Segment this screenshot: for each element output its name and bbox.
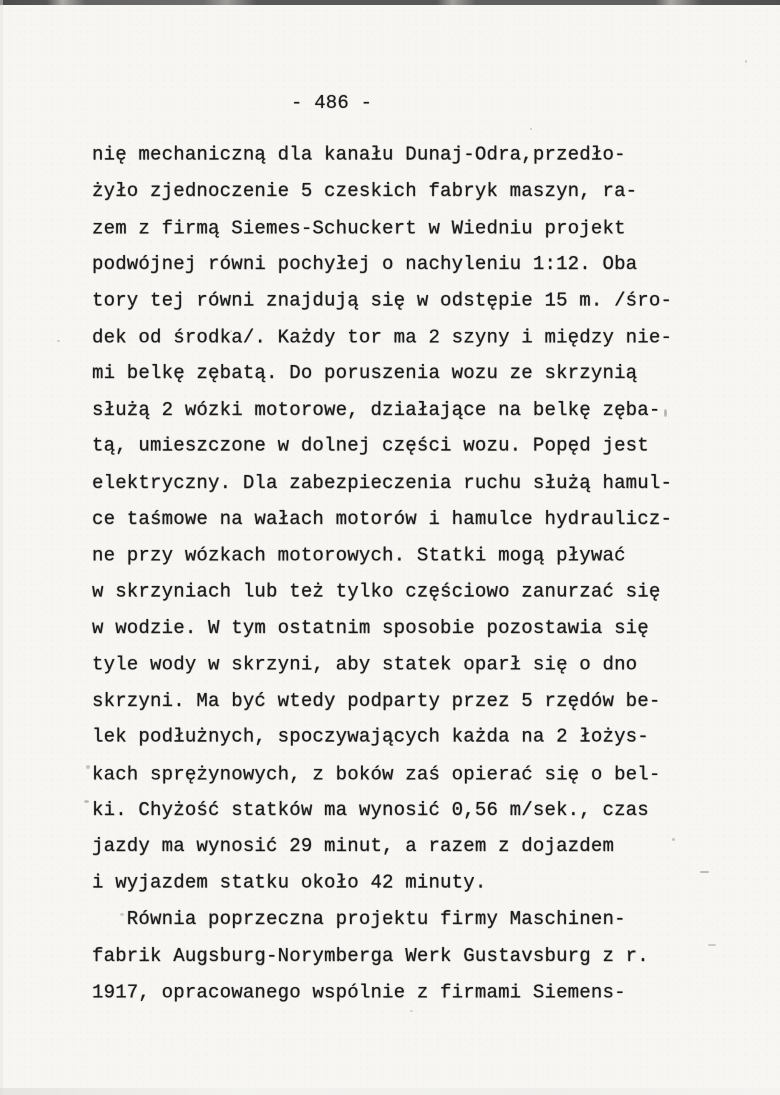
text-line: tory tej równi znajdują się w odstępie 1…	[92, 282, 752, 318]
text-line: skrzyni. Ma być wtedy podparty przez 5 r…	[92, 683, 752, 719]
text-line: fabrik Augsburg-Norymberga Werk Gustavsb…	[92, 938, 752, 974]
scan-speckle	[664, 409, 667, 417]
text-line: mi belkę zębatą. Do poruszenia wozu ze s…	[92, 355, 752, 391]
scan-speckle	[700, 871, 709, 873]
scan-speckle	[708, 944, 716, 946]
text-line: w wodzie. W tym ostatnim sposobie pozost…	[92, 610, 752, 646]
scan-speckle	[230, 330, 232, 332]
text-line: ki. Chyżość statków ma wynosić 0,56 m/se…	[92, 792, 752, 828]
text-line: tą, umieszczone w dolnej części wozu. Po…	[92, 428, 752, 464]
text-line: lek podłużnych, spoczywających każda na …	[92, 719, 752, 755]
scan-speckle	[86, 765, 90, 769]
text-line: nię mechaniczną dla kanału Dunaj-Odra,pr…	[92, 137, 752, 173]
text-line: Równia poprzeczna projektu firmy Maschin…	[92, 901, 752, 937]
scan-speckle	[410, 1010, 413, 1012]
scan-speckle	[84, 800, 89, 803]
text-line: tyle wody w skrzyni, aby statek oparł si…	[92, 647, 752, 683]
scan-speckle	[120, 913, 124, 916]
scan-speckle	[745, 60, 747, 63]
scanned-page: - 486 - nię mechaniczną dla kanału Dunaj…	[0, 0, 780, 1095]
scan-speckle	[672, 838, 675, 841]
body-text: nię mechaniczną dla kanału Dunaj-Odra,pr…	[92, 137, 752, 1010]
text-line: służą 2 wózki motorowe, działające na be…	[92, 392, 752, 428]
text-line: żyło zjednoczenie 5 czeskich fabryk masz…	[92, 173, 752, 209]
scan-speckle	[530, 128, 532, 130]
text-line: jazdy ma wynosić 29 minut, a razem z doj…	[92, 828, 752, 864]
text-line: kach sprężynowych, z boków zaś opierać s…	[92, 756, 752, 792]
text-line: zem z firmą Siemes-Schuckert w Wiedniu p…	[92, 210, 752, 246]
text-line: dek od środka/. Każdy tor ma 2 szyny i m…	[92, 319, 752, 355]
page-number: - 486 -	[291, 88, 372, 118]
scan-edge-bottom	[0, 1088, 780, 1095]
text-line: ne przy wózkach motorowych. Statki mogą …	[92, 538, 752, 574]
text-line: 1917, opracowanego wspólnie z firmami Si…	[92, 974, 752, 1010]
text-line: elektryczny. Dla zabezpieczenia ruchu sł…	[92, 465, 752, 501]
text-line: w skrzyniach lub też tylko częściowo zan…	[92, 573, 752, 609]
scan-edge-left	[0, 0, 3, 1095]
text-line: ce taśmowe na wałach motorów i hamulce h…	[92, 501, 752, 537]
scan-edge-top	[0, 0, 780, 5]
scan-speckle	[57, 340, 60, 342]
text-line: i wyjazdem statku około 42 minuty.	[92, 865, 752, 901]
text-line: podwójnej równi pochyłej o nachyleniu 1:…	[92, 246, 752, 282]
